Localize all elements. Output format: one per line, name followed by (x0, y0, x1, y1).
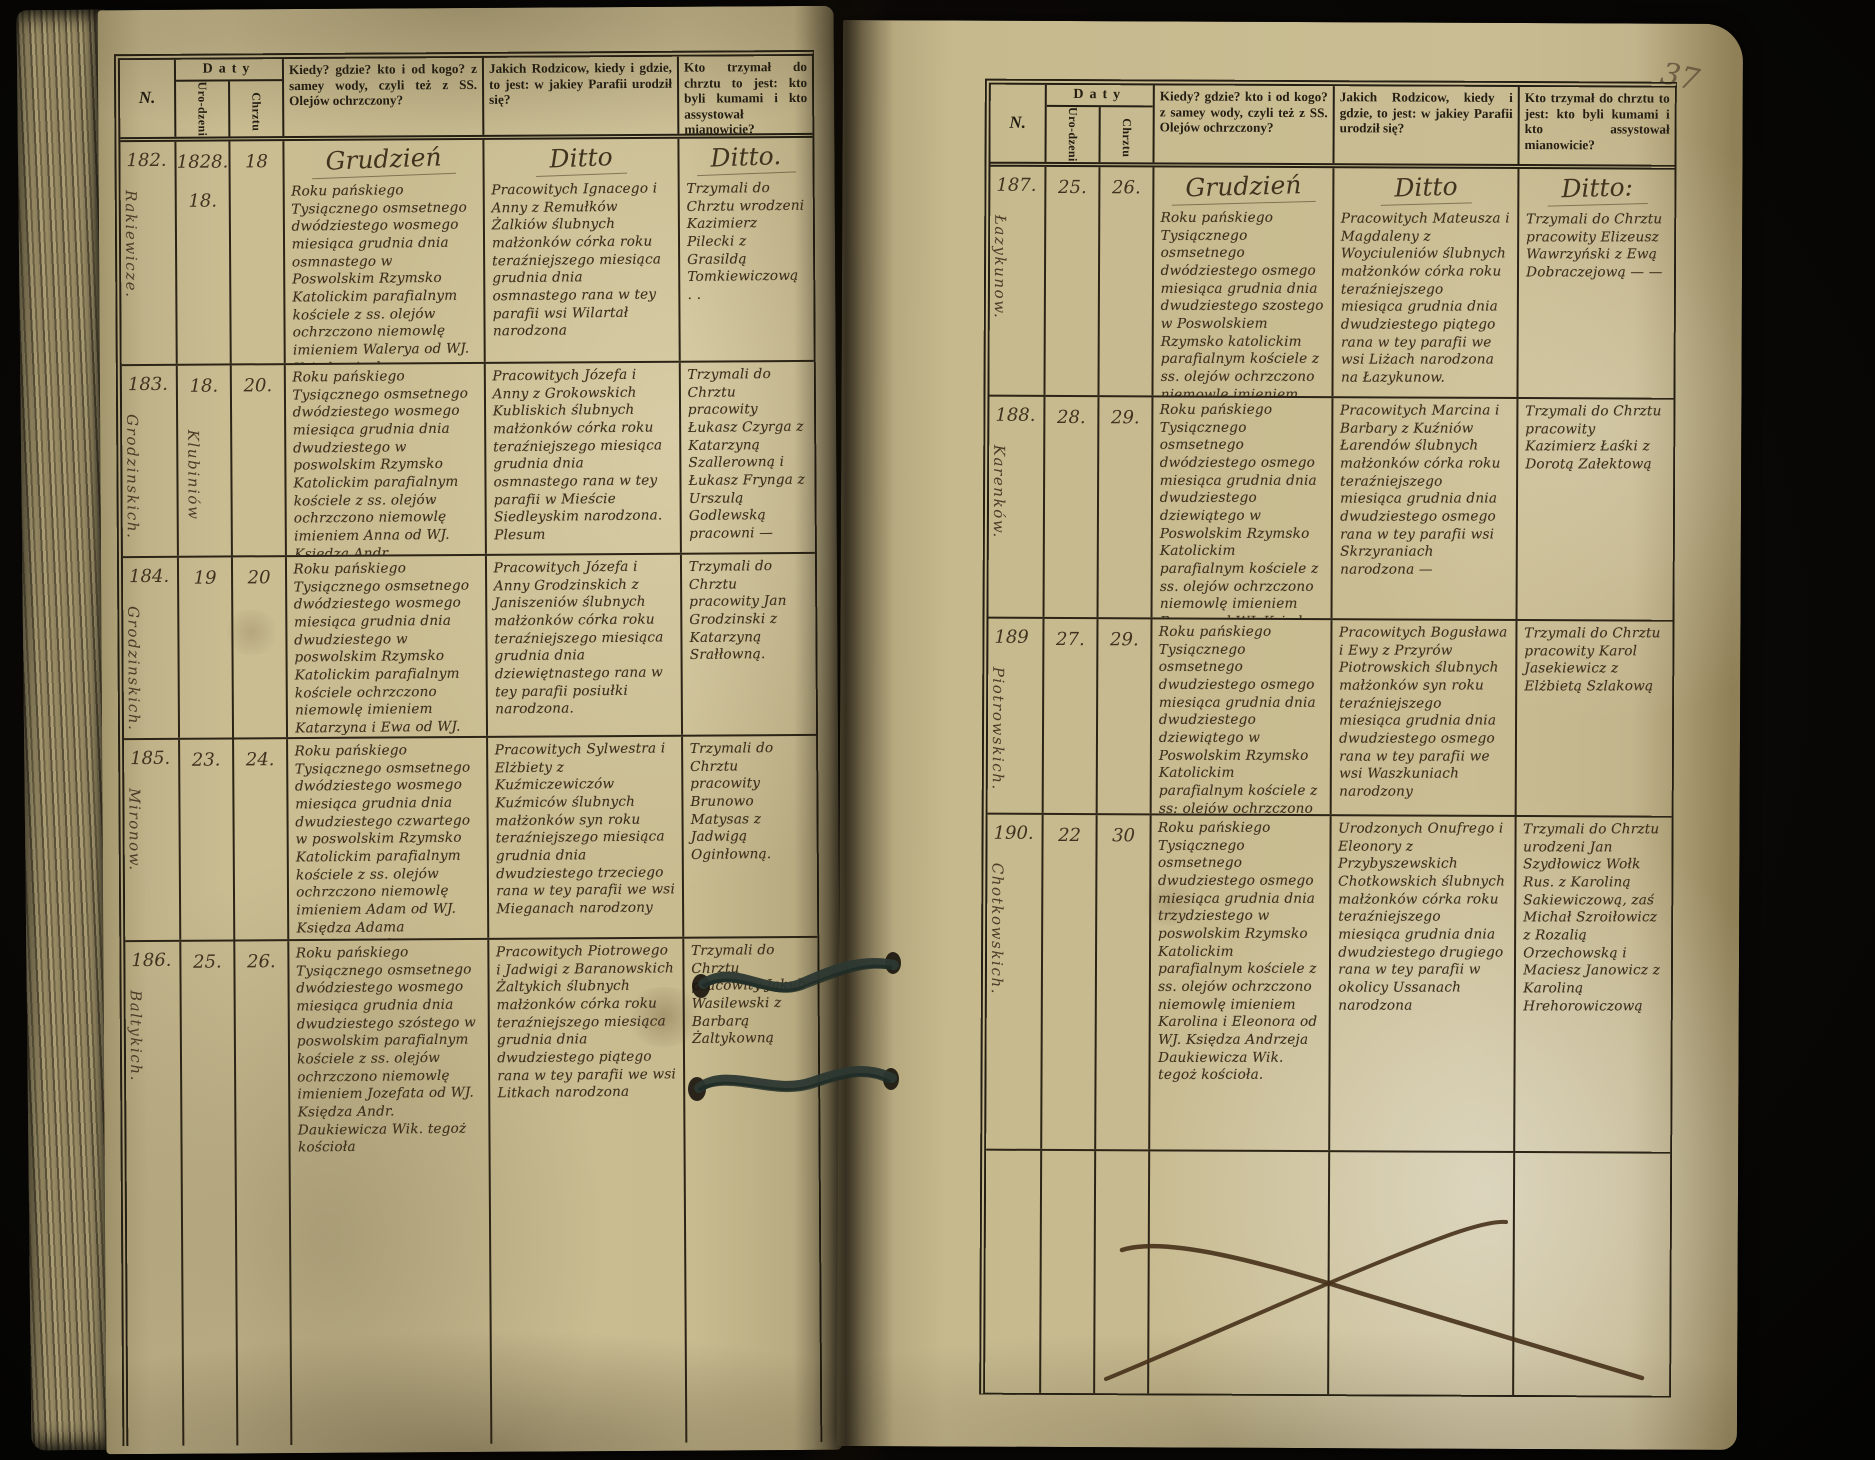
baptism-record-cell: Roku pańskiego Tysiącznego osmsetnego dw… (288, 738, 489, 939)
header-daty: Daty Uro-dzenia Chrztu (176, 59, 284, 137)
parents-record-text: Urodzonych Onufrego i Eleonory z Przybys… (1338, 821, 1507, 1016)
parents-record-cell: Urodzonych Onufrego i Eleonory z Przybys… (1330, 816, 1516, 1151)
baptism-record-text: Roku pańskiego Tysiącznego osmsetnego dw… (294, 741, 481, 939)
header-godparents-question: Kto trzymał do chrztu to jest: kto byli … (1519, 87, 1674, 165)
baptism-record-text: Roku pańskiego Tysiącznego osmsetnego dw… (291, 181, 478, 363)
entry-number-cell: 185. Mironow. (124, 740, 181, 940)
header-urodzenia: Uro-dzenia (176, 81, 228, 137)
entry-number-cell: 183. Grodzinskich. (122, 366, 179, 556)
birth-date-cell: 25. (181, 941, 238, 1445)
parents-record-text: Pracowitych Piotrowego i Jadwigi z Baran… (496, 942, 677, 1103)
baptism-day: 20 (248, 567, 271, 588)
baptism-record-cell: Roku pańskiego Tysiącznego osmsetnego dw… (1152, 619, 1333, 814)
baptism-date-cell: 26. (235, 941, 292, 1445)
parents-record-text: Pracowitych Sylwestra i Elżbiety z Kuźmi… (495, 740, 676, 919)
birth-date-cell: 25. (1045, 167, 1100, 395)
entry-number-cell: 186. Baltykich. (125, 942, 184, 1446)
header-chrztu: Chrztu (228, 81, 282, 137)
header-n: N. (120, 60, 176, 137)
baptism-record-text: Roku pańskiego Tysiącznego osmsetnego dw… (292, 367, 479, 555)
village-margin-note: Chotkowskich. (988, 863, 1007, 995)
entry-number: 189 (994, 627, 1028, 648)
godparents-record-text: Trzymali do Chrztu pracowity Jan Grodzin… (689, 558, 809, 665)
godparents-record-text: Trzymali do Chrztu urodzeni Jan Szydłowi… (1523, 821, 1664, 1016)
right-register-table: N. Daty Uro-dzenia Chrztu Kiedy? gdzie? … (979, 79, 1677, 1398)
village-margin-note: Grodzinskich. (123, 414, 142, 539)
parents-record-cell: Ditto Pracowitych Ignacego i Anny z Remu… (484, 139, 680, 362)
entry-number-cell: 188. Karenków. (989, 397, 1046, 617)
right-page: 37 N. Daty Uro-dzenia Chrztu Kiedy? gdzi… (837, 20, 1743, 1450)
header-parents-question: Jakich Rodzicow, kiedy i gdzie, to jest:… (484, 57, 679, 135)
godparents-record-text: Trzymali do Chrztu wrodzeni Kazimierz Pi… (686, 180, 806, 305)
birth-year: 1828. (177, 151, 229, 172)
register-entry-row: 183. Grodzinskich. 18. Klubiniów 20. Rok… (122, 360, 815, 556)
header-parents-question: Jakich Rodzicow, kiedy i gdzie, to jest:… (1334, 86, 1519, 164)
baptism-day: 29. (1110, 629, 1139, 650)
header-chrztu: Chrztu (1098, 107, 1152, 163)
register-entry-row: 186. Baltykich. 25. 26. Roku pańskiego T… (125, 936, 820, 1446)
parents-record-cell: Ditto Pracowitych Mateusza i Magdaleny z… (1333, 168, 1519, 397)
godparents-record-cell: Trzymali do Chrztu pracowity Jan Grodzin… (682, 554, 816, 735)
entry-number: 182. (126, 150, 166, 171)
godparents-record-text: Trzymali do Chrztu pracowity Karol Jasek… (1524, 625, 1665, 696)
birth-date-cell: 19 (179, 557, 234, 737)
godparents-record-text: Trzymali do Chrztu pracowity Brunowo Mat… (690, 740, 810, 865)
baptism-record-cell: Roku pańskiego Tysiącznego osmsetnego dw… (286, 364, 487, 555)
ditto-heading: Ditto: (1547, 172, 1647, 207)
godparents-record-cell: Trzymali do Chrztu pracowity Łukasz Czyr… (681, 362, 815, 553)
village-margin-note: Piotrowskich. (989, 667, 1008, 791)
header-baptism-question: Kiedy? gdzie? kto i od kogo? z samey wod… (284, 58, 484, 136)
baptism-record-cell: Roku pańskiego Tysiącznego osmsetnego dw… (289, 940, 492, 1445)
baptism-record-cell: Grudzień Roku pańskiego Tysiącznego osms… (1153, 167, 1334, 396)
baptism-record-text: Roku pańskiego Tysiącznego osmsetnego dw… (293, 559, 480, 737)
month-heading: Grudzień (1171, 170, 1316, 206)
header-daty: Daty Uro-dzenia Chrztu (1046, 85, 1154, 162)
birth-date-cell: 22 (1042, 815, 1097, 1149)
daty-label: Daty (1047, 85, 1153, 107)
godparents-record-cell: Trzymali do Chrztu pracowity Jakub Wasil… (684, 938, 820, 1443)
baptism-date-cell: 29. (1099, 397, 1154, 617)
register-entry-row: 188. Karenków. 28. 29. Roku pańskiego Ty… (989, 395, 1674, 620)
baptism-date-cell: 30 (1096, 815, 1151, 1149)
birth-day: 19 (194, 568, 217, 589)
birth-date-cell: 23. (180, 739, 235, 939)
baptism-date-cell: 24. (234, 739, 289, 939)
month-heading: Grudzień (311, 142, 456, 179)
register-entry-row: 182. Rakiewicze. 1828. 18. 18 Grudzień R… (120, 138, 813, 364)
daty-label: Daty (176, 59, 282, 81)
village-margin-note: Łazykunow. (991, 215, 1009, 320)
godparents-record-text: Trzymali do Chrztu pracowity Elizeusz Wa… (1526, 211, 1667, 282)
baptism-day: 26. (247, 951, 276, 972)
parents-record-text: Pracowitych Józefa i Anny z Grokowskich … (492, 366, 673, 545)
godparents-record-cell: Trzymali do Chrztu pracowity Kazimierz Ł… (1518, 399, 1674, 620)
header-baptism-question: Kiedy? gdzie? kto i od kogo? z samey wod… (1154, 85, 1334, 163)
baptism-date-cell: 26. (1099, 167, 1154, 395)
ditto-heading: Ditto. (696, 140, 796, 176)
header-n: N. (990, 85, 1046, 162)
entry-number-cell: 182. Rakiewicze. (120, 142, 177, 364)
baptism-date-cell: 20 (233, 557, 288, 737)
table-header: N. Daty Uro-dzenia Chrztu Kiedy? gdzie? … (990, 85, 1674, 170)
margin-note: Klubiniów (184, 430, 203, 521)
godparents-record-cell: Ditto. Trzymali do Chrztu wrodzeni Kazim… (679, 138, 813, 361)
baptism-day: 18 (245, 151, 268, 172)
register-entry-row: 190. Chotkowskich. 22 30 Roku pańskiego … (986, 813, 1671, 1152)
parents-record-text: Pracowitych Marcina i Barbary z Kuźniów … (1340, 403, 1509, 580)
baptism-day: 29. (1111, 407, 1140, 428)
left-page: N. Daty Uro-dzenia Chrztu Kiedy? gdzie? … (98, 6, 843, 1454)
header-godparents-question: Kto trzymał do chrztu to jest: kto byli … (679, 56, 812, 134)
baptism-date-cell: 18 (230, 141, 285, 363)
baptism-record-cell: Roku pańskiego Tysiącznego osmsetnego dw… (1153, 397, 1334, 618)
birth-day: 27. (1056, 629, 1085, 650)
baptism-day: 24. (246, 749, 275, 770)
birth-date-cell: 28. (1045, 397, 1100, 617)
village-margin-note: Grodzinskich. (124, 606, 143, 731)
entry-number: 187. (996, 175, 1036, 196)
parents-record-cell: Pracowitych Piotrowego i Jadwigi z Baran… (489, 939, 687, 1444)
godparents-record-cell: Trzymali do Chrztu pracowity Brunowo Mat… (683, 736, 817, 937)
godparents-record-text: Trzymali do Chrztu pracowity Jakub Wasil… (691, 942, 811, 1049)
godparents-record-cell: Trzymali do Chrztu urodzeni Jan Szydłowi… (1515, 817, 1671, 1152)
register-entry-row: 185. Mironow. 23. 24. Roku pańskiego Tys… (124, 734, 817, 940)
godparents-record-text: Trzymali do Chrztu pracowity Łukasz Czyr… (687, 366, 808, 544)
ditto-heading: Ditto (1380, 171, 1472, 205)
parents-record-cell: Pracowitych Józefa i Anny Grodzinskich z… (487, 555, 683, 736)
birth-day: 23. (192, 750, 221, 771)
baptism-record-cell: Roku pańskiego Tysiącznego osmsetnego dw… (1150, 815, 1331, 1150)
baptism-record-cell: Grudzień Roku pańskiego Tysiącznego osms… (284, 140, 485, 363)
book-scan-photo: N. Daty Uro-dzenia Chrztu Kiedy? gdzie? … (0, 0, 1875, 1460)
entry-number: 188. (995, 405, 1035, 426)
baptism-date-cell: 20. (232, 365, 287, 555)
birth-date-cell: 1828. 18. (176, 141, 231, 363)
parents-record-cell: Pracowitych Sylwestra i Elżbiety z Kuźmi… (488, 737, 684, 938)
entry-number: 190. (994, 823, 1034, 844)
entry-number: 186. (131, 950, 171, 971)
header-urodzenia: Uro-dzenia (1046, 106, 1098, 162)
baptism-day: 26. (1112, 177, 1141, 198)
register-entry-row: 184. Grodzinskich. 19 20 Roku pańskiego … (123, 552, 816, 738)
entry-number-cell: 190. Chotkowskich. (986, 815, 1043, 1149)
baptism-record-text: Roku pańskiego Tysiącznego osmsetnego dw… (1160, 402, 1324, 618)
entry-number: 185. (130, 748, 170, 769)
entry-number-cell: 184. Grodzinskich. (123, 558, 180, 738)
village-margin-note: Mironow. (125, 788, 144, 872)
table-header: N. Daty Uro-dzenia Chrztu Kiedy? gdzie? … (120, 56, 812, 142)
empty-crossed-section (985, 1149, 1670, 1396)
baptism-record-text: Roku pańskiego Tysiącznego osmsetnego dw… (1158, 820, 1322, 1085)
register-entry-row: 187. Łazykunow. 25. 26. Grudzień Roku pa… (989, 167, 1674, 398)
birth-day: 22 (1058, 825, 1081, 846)
birth-day: 28. (1057, 407, 1086, 428)
parents-record-text: Pracowitych Bogusława i Ewy z Przyrów Pi… (1339, 625, 1508, 802)
village-margin-note: Baltykich. (127, 990, 146, 1082)
godparents-record-text: Trzymali do Chrztu pracowity Kazimierz Ł… (1525, 403, 1666, 474)
parents-record-text: Pracowitych Mateusza i Magdaleny z Woyci… (1341, 211, 1510, 388)
baptism-date-cell: 29. (1098, 619, 1153, 813)
register-entry-row: 189 Piotrowskich. 27. 29. Roku pańskiego… (988, 617, 1673, 816)
baptism-day: 20. (244, 375, 273, 396)
baptism-day: 30 (1112, 825, 1135, 846)
birth-day: 25. (193, 952, 222, 973)
godparents-record-cell: Trzymali do Chrztu pracowity Karol Jasek… (1517, 621, 1673, 816)
parents-record-cell: Pracowitych Bogusława i Ewy z Przyrów Pi… (1332, 620, 1518, 815)
village-margin-note: Rakiewicze. (122, 190, 141, 299)
baptism-record-text: Roku pańskiego Tysiącznego osmsetnego dw… (1161, 210, 1325, 396)
left-register-table: N. Daty Uro-dzenia Chrztu Kiedy? gdzie? … (114, 50, 822, 1446)
birth-day: 25. (1058, 177, 1087, 198)
baptism-record-cell: Roku pańskiego Tysiącznego osmsetnego dw… (287, 556, 488, 737)
entry-number-cell: 187. Łazykunow. (989, 167, 1046, 395)
entry-number: 183. (128, 374, 168, 395)
baptism-record-text: Roku pańskiego Tysiącznego osmsetnego dw… (296, 943, 482, 1157)
ditto-heading: Ditto (535, 142, 627, 177)
parents-record-cell: Pracowitych Marcina i Barbary z Kuźniów … (1333, 398, 1519, 619)
birth-date-cell: 18. Klubiniów (178, 365, 233, 555)
village-margin-note: Karenków. (990, 445, 1008, 539)
parents-record-cell: Pracowitych Józefa i Anny z Grokowskich … (486, 363, 682, 554)
birth-day: 18. (190, 376, 219, 397)
godparents-record-cell: Ditto: Trzymali do Chrztu pracowity Eliz… (1518, 169, 1674, 398)
birth-day: 18. (188, 191, 217, 212)
parents-record-text: Pracowitych Ignacego i Anny z Remułków Ż… (491, 180, 672, 341)
baptism-record-text: Roku pańskiego Tysiącznego osmsetnego dw… (1159, 624, 1323, 814)
parents-record-text: Pracowitych Józefa i Anny Grodzinskich z… (494, 558, 675, 719)
birth-date-cell: 27. (1044, 619, 1099, 813)
entry-number: 184. (129, 566, 169, 587)
entry-number-cell: 189 Piotrowskich. (988, 619, 1045, 813)
